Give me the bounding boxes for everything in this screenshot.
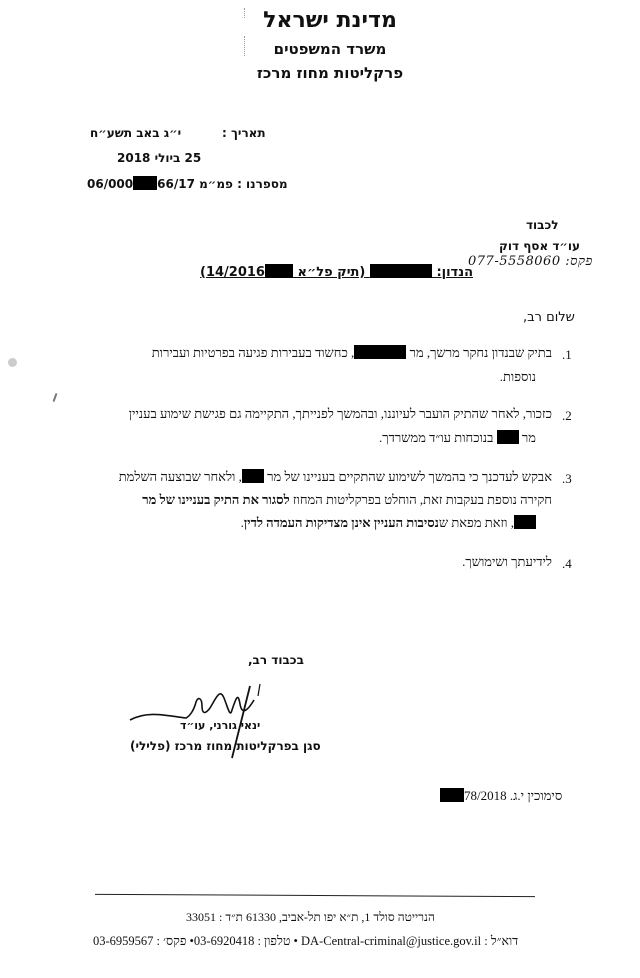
scan-speck bbox=[8, 358, 17, 367]
fax-label: פקס׳ : bbox=[157, 934, 187, 948]
footer-contact: דוא״ל : DA-Central-criminal@justice.gov.… bbox=[93, 934, 518, 949]
signer-name: ינאי גורני, עו״ד bbox=[180, 719, 260, 732]
ministry-title: משרד המשפטים bbox=[0, 40, 640, 58]
emphasis-text: לסגור את התיק בעניינו של מר bbox=[142, 492, 289, 507]
redaction bbox=[497, 430, 519, 444]
fax-number: 03-6959567 bbox=[93, 934, 153, 948]
date-gregorian: 25 ביולי 2018 bbox=[117, 151, 201, 165]
reference-label: מספרנו : פמ״מ bbox=[199, 177, 287, 191]
office-title: פרקליטות מחוז מרכז bbox=[0, 64, 640, 82]
phone-number: 03-6920418 bbox=[194, 934, 254, 948]
redaction bbox=[514, 515, 536, 529]
addressee-name: עו״ד אסף דוק bbox=[499, 239, 580, 253]
paragraph-number: 1. bbox=[562, 347, 572, 363]
footer-divider bbox=[95, 894, 535, 897]
paragraph-line: חקירה נוספת בעקבות זאת, הוחלט בפרקליטות … bbox=[142, 492, 552, 508]
paragraph-line: כזכור, לאחר שהתיק הועבר לעיוננו, ובהמשך … bbox=[129, 406, 552, 422]
email-link[interactable]: DA-Central-criminal@justice.gov.il bbox=[301, 934, 481, 948]
handwritten-fax: פקס: 077-5558060 bbox=[468, 253, 593, 269]
paragraph-line: לידיעתך ושימושך. bbox=[462, 554, 552, 570]
phone-label: טלפון : bbox=[257, 934, 290, 948]
subject-label: הנדון: bbox=[436, 265, 473, 280]
addressee-salutation: לכבוד bbox=[526, 218, 559, 232]
paragraph-line: , וזאת מפאת שנסיבות העניין אינן מצדיקות … bbox=[241, 515, 536, 531]
state-title: מדינת ישראל bbox=[0, 8, 640, 33]
paragraph-number: 2. bbox=[562, 408, 572, 424]
paragraph-number: 4. bbox=[562, 556, 572, 572]
subject-line: הנדון: (תיק פל״א 14/2016) bbox=[200, 264, 473, 280]
email-label: דוא״ל : bbox=[484, 934, 518, 948]
closing-regards: בכבוד רב, bbox=[248, 653, 304, 667]
signer-title: סגן בפרקליטות מחוז מרכז (פלילי) bbox=[130, 739, 321, 753]
case-number: 14/2016 bbox=[206, 265, 293, 280]
redaction bbox=[133, 176, 157, 190]
paragraph-line: בתיק שבנדון נחקר מרשך, מר , כחשוד בעבירו… bbox=[152, 345, 552, 361]
emphasis-text: נסיבות העניין אינן מצדיקות העמדה לדין bbox=[244, 515, 439, 530]
letter-page: מדינת ישראל משרד המשפטים פרקליטות מחוז מ… bbox=[0, 0, 640, 978]
paragraph-line: מר בנוכחות עו״ד ממשרדך. bbox=[379, 430, 536, 446]
paragraph-line: נוספות. bbox=[500, 369, 536, 385]
scan-speck bbox=[53, 393, 58, 402]
reference-number: מספרנו : פמ״מ 06/00066/17 bbox=[87, 176, 288, 191]
redaction bbox=[265, 264, 293, 278]
paragraph-line: אבקש לעדכנך כי בהמשך לשימוע שהתקיים בעני… bbox=[119, 469, 552, 485]
date-label: תאריך : bbox=[222, 126, 266, 140]
internal-reference: סימוכין י.ג. 78/2018 bbox=[440, 788, 562, 804]
redaction bbox=[440, 788, 464, 802]
redaction bbox=[242, 469, 264, 483]
paragraph-number: 3. bbox=[562, 471, 572, 487]
footer-address: הנרייטה סולד 1, ת״א יפו תל-אביב, 61330 ת… bbox=[186, 910, 435, 925]
reference-value: 06/00066/17 bbox=[87, 177, 195, 191]
redaction bbox=[370, 264, 432, 278]
greeting: שלום רב, bbox=[523, 310, 575, 325]
date-hebrew: י״ג באב תשע״ח bbox=[90, 126, 181, 140]
redaction bbox=[354, 345, 406, 359]
